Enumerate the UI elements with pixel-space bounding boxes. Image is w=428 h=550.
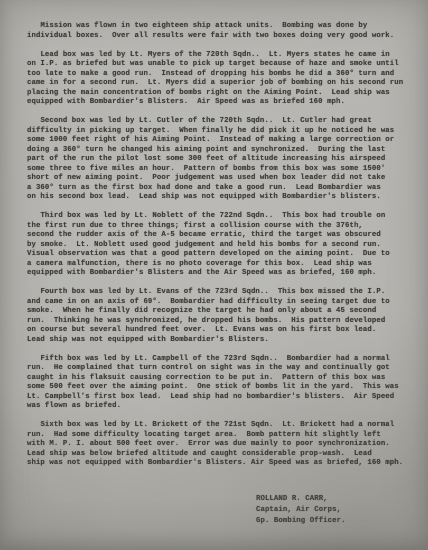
document-body: Mission was flown in two eighteen ship a… <box>27 22 407 478</box>
signature-block: ROLLAND R. CARR, Captain, Air Corps, Gp.… <box>256 494 346 527</box>
paragraph: Lead box was led by Lt. Myers of the 720… <box>27 51 407 108</box>
paragraph: Fourth box was led by Lt. Evans of the 7… <box>27 288 407 345</box>
paragraph: Second box was led by Lt. Cutler of the … <box>27 117 407 203</box>
signature-name: ROLLAND R. CARR, <box>256 494 346 505</box>
signature-rank: Captain, Air Corps, <box>256 505 346 516</box>
signature-title: Gp. Bombing Officer. <box>256 516 346 527</box>
paragraph: Sixth box was led by Lt. Brickett of the… <box>27 421 407 469</box>
paragraph: Fifth box was led by Lt. Campbell of the… <box>27 355 407 412</box>
paragraph: Third box was led by Lt. Noblett of the … <box>27 212 407 279</box>
paragraph: Mission was flown in two eighteen ship a… <box>27 22 407 41</box>
scanned-document-page: Mission was flown in two eighteen ship a… <box>0 0 428 550</box>
